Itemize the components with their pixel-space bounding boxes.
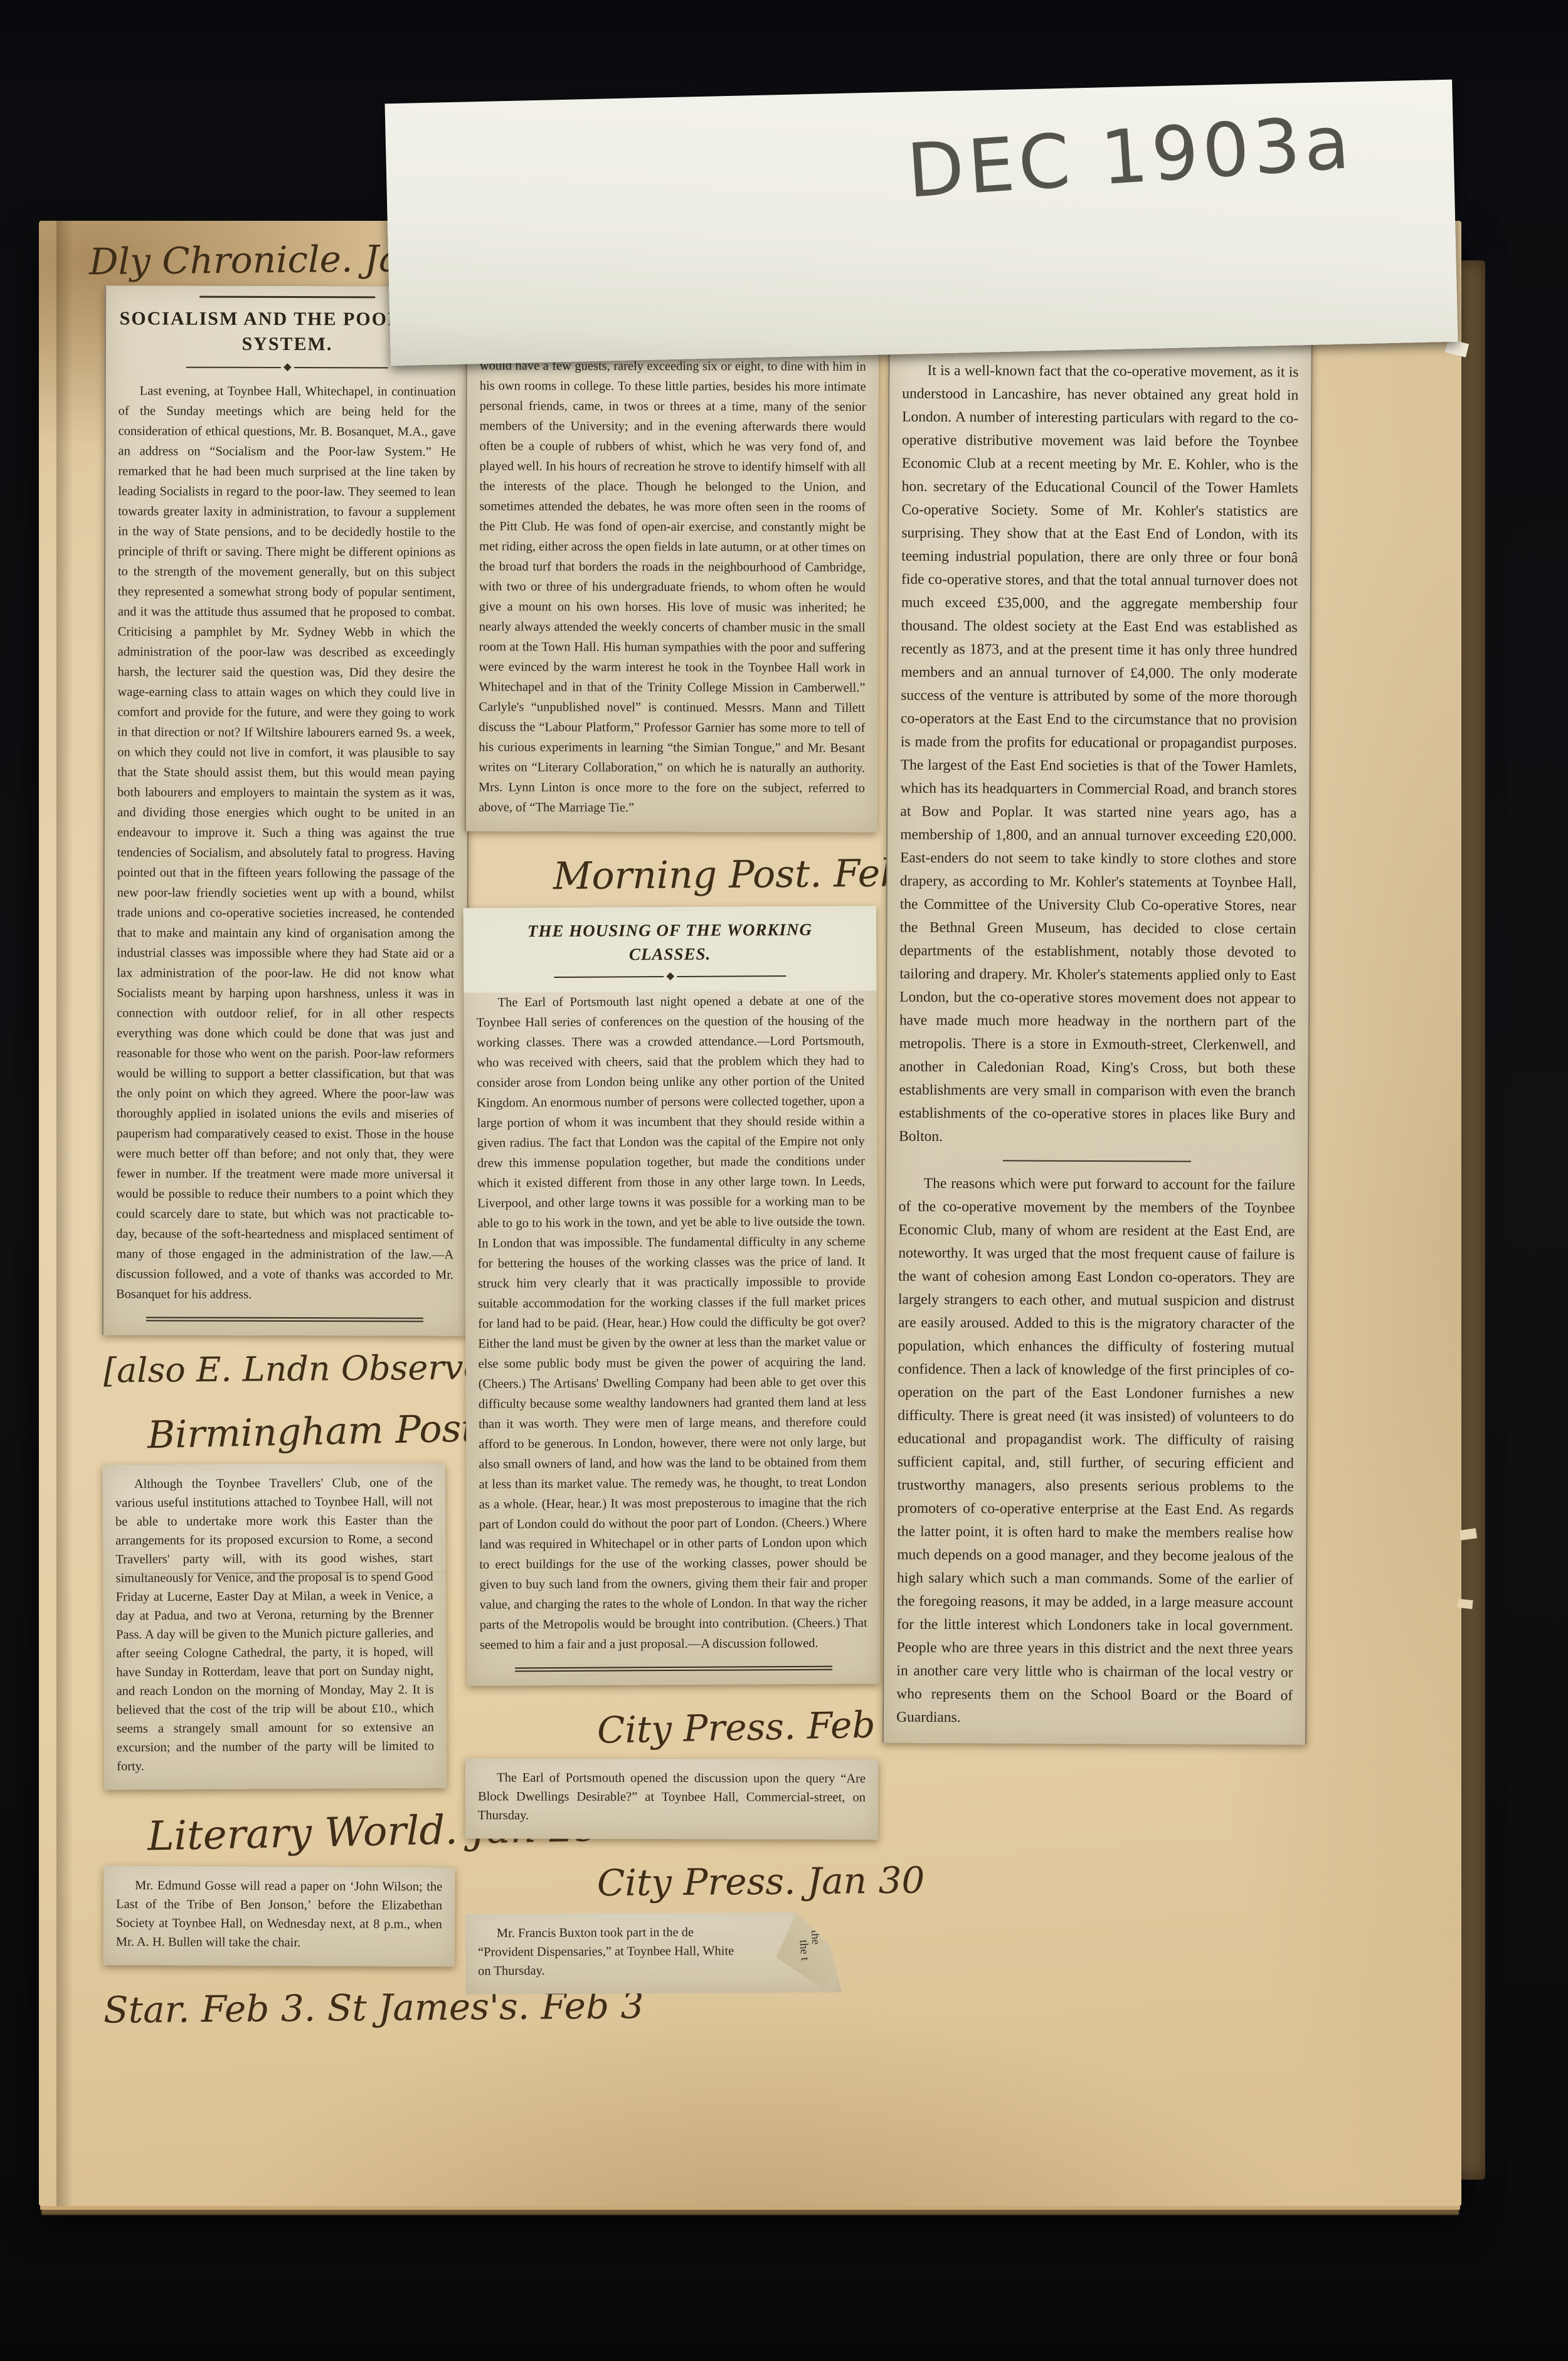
divider-ornament [554, 973, 787, 980]
clipping-line: on Thursday. [478, 1960, 829, 1981]
clipping-body: The Earl of Portsmouth last night opened… [476, 990, 867, 1655]
annotation-star-st-james: Star. Feb 3. St James's. Feb 3 [103, 1985, 469, 2031]
clipping-socialism-poor-law: SOCIALISM AND THE POOR LAW SYSTEM. Last … [102, 285, 470, 1336]
clipping-title: CLASSES. [476, 941, 864, 967]
clipping-body: Mr. Edmund Gosse will read a paper on ‘J… [116, 1876, 443, 1953]
column-left: SOCIALISM AND THE POOR LAW SYSTEM. Last … [103, 286, 469, 2030]
column-middle: The New Review has a “Character Study” o… [465, 286, 878, 1993]
annotation-east-london-observer: [also E. Lndn Observer. Jan 30] [103, 1347, 469, 1390]
clipping-body: Although the Toynbee Travellers' Club, o… [115, 1473, 435, 1776]
annotation-morning-post-feb5: Morning Post. Feb 5 [553, 852, 879, 899]
archive-label-slip: DEC 1903a [384, 80, 1458, 366]
scrapbook-photo: Dly Chronicle. Jan 25 Morning Post Feb. … [0, 0, 1568, 2361]
paragraph-rule [1003, 1160, 1191, 1162]
rule-ornament [199, 296, 375, 299]
fold-fragment: the t [796, 1939, 811, 1961]
end-rule [146, 1317, 423, 1322]
clipping-body: The New Review has a “Character Study” o… [479, 295, 866, 819]
clipping-block-dwellings: The Earl of Portsmouth opened the discus… [465, 1758, 878, 1840]
annotation-literary-world: Literary World. Jan 29 [147, 1807, 469, 1860]
page-gutter-shadow [56, 221, 73, 2206]
column-right: MIDNIGHT MEMORANDA. It is a well-known f… [886, 289, 1310, 1744]
clipping-provident-dispensaries: Mr. Francis Buxton took part in the de “… [465, 1912, 842, 1994]
clipping-paragraph: It is a well-known fact that the co-oper… [899, 359, 1298, 1150]
fold-fragment: tra [821, 1918, 835, 1932]
clipping-midnight-memoranda: MIDNIGHT MEMORANDA. It is a well-known f… [882, 288, 1313, 1745]
clipping-new-review: The New Review has a “Character Study” o… [465, 285, 879, 832]
clipping-title-block: THE HOUSING OF THE WORKING CLASSES. [464, 906, 877, 992]
clipping-line: Mr. Francis Buxton took part in the de [478, 1923, 829, 1943]
end-rule [515, 1666, 833, 1672]
clipping-body: Last evening, at Toynbee Hall, Whitechap… [116, 381, 456, 1305]
annotation-birmingham-post: Birmingham Post. Feb. 4 [147, 1407, 469, 1458]
clipping-body: The Earl of Portsmouth opened the discus… [478, 1768, 866, 1826]
clipping-title: THE HOUSING OF THE WORKING [476, 917, 864, 943]
clipping-housing-working-classes: THE HOUSING OF THE WORKING CLASSES. The … [464, 906, 880, 1685]
annotation-city-press-feb6: City Press. Feb 6 [596, 1703, 878, 1751]
clipping-edmund-gosse: Mr. Edmund Gosse will read a paper on ‘J… [103, 1866, 455, 1966]
clipping-paragraph: The reasons which were put forward to ac… [896, 1172, 1295, 1731]
scrapbook-page: Dly Chronicle. Jan 25 Morning Post Feb. … [39, 221, 1461, 2206]
annotation-city-press-jan30: City Press. Jan 30 [597, 1859, 879, 1904]
divider-ornament [186, 364, 388, 371]
clipping-line: “Provident Dispensaries,” at Toynbee Hal… [478, 1941, 829, 1962]
torn-edge-notch [1457, 1599, 1473, 1609]
folded-corner-scrap: tra the the t [771, 1894, 866, 1995]
archive-label: DEC 1903a [904, 98, 1356, 215]
clipping-toynbee-travellers-club: Although the Toynbee Travellers' Club, o… [103, 1463, 447, 1790]
